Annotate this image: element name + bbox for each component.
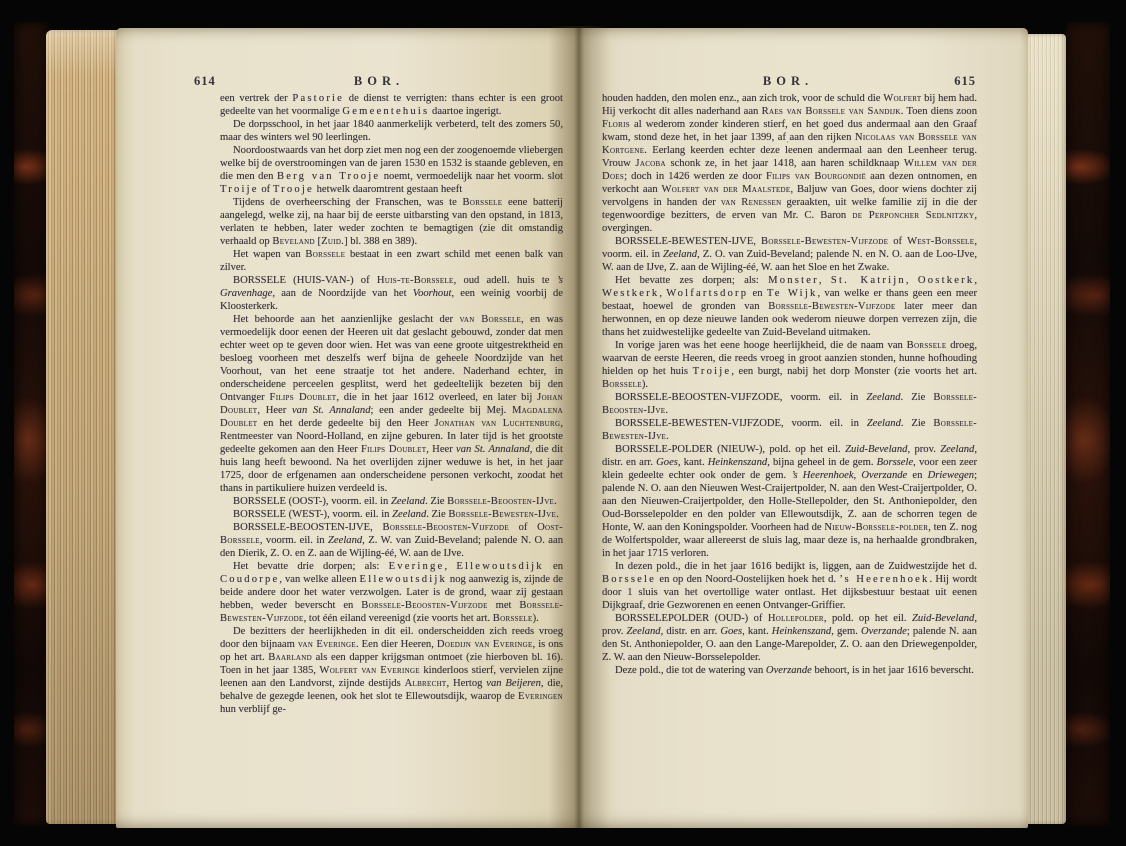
text-segment: en op den Noord-Oostelijken hoek het d. [656,574,839,585]
text-segment-it: Voorhout [413,288,452,299]
text-segment-sc: Baarland [268,652,312,663]
text-segment: , pold. op het eil. [824,613,912,624]
text-segment: schonk ze, in het jaar 1418, aan haren s… [666,158,904,169]
text-segment-sc: Borssele [602,379,642,390]
text-segment-sc: Zuid. [321,236,344,247]
text-segment-sp: Troije [693,366,732,377]
text-segment-sc: van Renessen [721,197,782,208]
text-segment: . [554,496,557,507]
text-segment: . Zie [425,496,447,507]
text-segment: . Zie [901,418,933,429]
page-number: 615 [954,74,976,89]
text-segment-sc: Floris [602,119,630,130]
text-segment-sp: Pastorie [292,93,344,104]
text-segment: . [665,405,668,416]
paragraph: BORSSELE-BEWESTEN-VIJFZODE, voorm. eil. … [602,417,977,443]
text-segment-sc: van Everinge [298,639,356,650]
book-page-left: 614 BOR. een vertrek der Pastorie de die… [116,28,578,828]
text-segment: , en was vermoedelijk door eenen der Hee… [220,314,563,403]
text-segment-sp: Oostkerk [918,275,974,286]
paragraph: BORSSELE-BEOOSTEN-VIJFZODE, voorm. eil. … [602,391,977,417]
text-segment-sc: Filips van Bourgondië [766,171,866,182]
text-column-right: houden hadden, den molen enz., aan zich … [602,92,977,677]
text-segment-sp: Wolfartsdorp [666,288,748,299]
text-segment: , [819,275,831,286]
text-segment: , prov. [907,444,940,455]
text-segment-it: van St. Annaland [292,405,371,416]
page-stack-fore-edge-right [1028,34,1066,824]
text-segment-it: Zeeland [328,535,362,546]
text-segment-it: van St. Annaland [456,444,530,455]
text-segment: ; doch in 1426 werden ze door [624,171,766,182]
paragraph: Het bevatte zes dorpen; als: Monster, St… [602,274,977,339]
text-segment: BORSSELEPOLDER (OUD-) of [615,613,768,624]
paragraph: Tijdens de overheersching der Franschen,… [220,196,563,248]
text-segment: , [444,561,456,572]
text-segment-sc: Borssele-Beoosten-Vijfzode [382,522,508,533]
text-segment: , [906,275,918,286]
paragraph: BORSSELE (OOST-), voorm. eil. in Zeeland… [220,495,563,508]
text-segment-it: van Beijeren [486,678,541,689]
text-segment-sc: Jonathan van Luchtenburg [435,418,561,429]
text-segment-sp: Westkerk [602,288,659,299]
text-segment: , bijna geheel in de gem. [767,457,876,468]
text-segment: BORSSELE (WEST-), voorm. eil. in [233,509,392,520]
text-segment-it: Zuid-Beveland [845,444,907,455]
page-header-right: BOR. 615 · [600,74,976,90]
text-segment: noemt, vermoedelijk naar het voorm. slot [380,171,563,182]
text-segment-sc: Hollepolder [768,613,824,624]
text-segment-sc: de Perponcher Sedlnitzky [852,210,974,221]
photo-background: 614 BOR. een vertrek der Pastorie de die… [0,0,1126,846]
text-segment-sc: Albrecht [405,678,447,689]
text-segment: hun verblijf ge- [220,704,286,715]
text-segment-it: Goes [656,457,678,468]
text-segment: BORSSELE-BEOOSTEN-VIJFZODE, voorm. eil. … [615,392,866,403]
paragraph: De dorpsschool, in het jaar 1840 aanmerk… [220,118,563,144]
text-segment-sc: West-Borssele [907,236,974,247]
paragraph: In vorige jaren was het eene hooge heerl… [602,339,977,391]
text-segment-sp: ’s Heerenhoek [839,574,929,585]
text-segment-sc: Borssele [305,249,345,260]
text-segment-it: Goes [720,626,742,637]
paragraph: BORSSELE (WEST-), voorm. eil. in Zeeland… [220,508,563,521]
text-segment-sc: Wolfert van der Maalstede [662,184,791,195]
text-segment: , die in het jaar 1612 overleed, en late… [336,392,537,403]
text-segment: , voorm. eil. in [260,535,328,546]
text-segment: en het derde gedeelte bij den Heer [257,418,434,429]
text-segment-sp: St. Katrijn [831,275,906,286]
text-segment-sc: Borssele-Bewesten-Vijfzode [768,301,895,312]
paragraph: BORSSELE (HUIS-VAN-) of Huis-te-Borssele… [220,274,563,313]
text-segment-it: Overzande [766,665,812,676]
text-segment-it: Zuid-Beveland [912,613,974,624]
text-segment-sp: Coudorpe [220,574,279,585]
text-segment: , van welke alleen [279,574,359,585]
text-segment-sp: Borssele [602,574,656,585]
text-segment: een vertrek der [220,93,292,104]
text-segment: , Hertog [447,678,487,689]
text-segment-it: Driewegen [928,470,974,481]
paragraph: BORSSELE-BEOOSTEN-IJVE, Borssele-Beooste… [220,521,563,560]
text-segment: . Een dier Heeren, [356,639,437,650]
text-segment: ). [642,379,648,390]
text-segment: met [488,600,520,611]
text-segment: ] bl. 388 en 389). [344,236,417,247]
text-segment: BORSSELE (HUIS-VAN-) of [233,275,377,286]
text-segment: Het bevatte zes dorpen; als: [615,275,768,286]
book-cover-left-marbled [14,22,48,826]
text-segment: BORSSELE-BEWESTEN-IJVE, [615,236,761,247]
text-segment: , aan de Noordzijde van het [272,288,412,299]
text-segment-it: Heinkenszand [708,457,767,468]
text-segment: daartoe ingerigt. [429,106,501,117]
page-header-left: 614 BOR. [194,74,564,90]
text-segment-it: Zeeland [392,509,426,520]
text-segment: . [556,509,559,520]
text-segment: , gem. [831,626,861,637]
paragraph: Het bevatte drie dorpen; als: Everinge, … [220,560,563,625]
text-segment-sp: Trooje [273,184,314,195]
book-cover-right-marbled [1066,22,1110,826]
text-segment: , kant. [678,457,708,468]
text-segment-sc: Everingen [518,691,563,702]
text-segment-it: Zeeland [391,496,425,507]
paragraph: BORSSELE-BEWESTEN-IJVE, Borssele-Beweste… [602,235,977,274]
text-segment-sc: Borssele-Bewesten-IJve [448,509,556,520]
text-segment: In vorige jaren was het eene hooge heerl… [615,340,907,351]
text-segment-sc: Borssele [462,197,502,208]
text-segment: , distr. en arr. [661,626,721,637]
paragraph: De bezitters der heerlijkheden in dit ei… [220,625,563,716]
text-segment-sc: Filips Doublet [361,444,426,455]
text-segment: , kant. [742,626,772,637]
paragraph: Het wapen van Borssele bestaat in een zw… [220,248,563,274]
paragraph: Het behoorde aan het aanzienlijke geslac… [220,313,563,495]
text-segment: houden hadden, den molen enz., aan zich … [602,93,883,104]
text-segment-it: Borssele [877,457,913,468]
text-segment-sc: Jacoba [635,158,665,169]
text-segment: , Heer [426,444,456,455]
text-segment: behoort, is in het jaar 1616 beverscht. [812,665,974,676]
text-segment: of [509,522,537,533]
text-segment-it: Zeeland [663,249,697,260]
text-segment: en [907,470,927,481]
text-segment: en [544,561,563,572]
text-segment-sc: van Borssele [459,314,521,325]
text-segment-it: Zeeland [626,626,660,637]
paragraph: BORSSELE-POLDER (NIEUW-), pold. op het e… [602,443,977,560]
text-segment-sc: Wolfert van Everinge [319,665,419,676]
text-segment-it: Zeeland [866,392,900,403]
text-segment: , oud adell. huis te [454,275,557,286]
text-segment: Het wapen van [233,249,305,260]
text-segment: of [259,184,273,195]
text-segment-sc: Beveland [272,236,315,247]
text-segment-sc: Filips Doublet [270,392,337,403]
paragraph: Deze pold., die tot de watering van Over… [602,664,977,677]
text-segment-sc: Borssele [907,340,947,351]
text-segment-sp: Gemeentehuis [342,106,429,117]
paragraph: een vertrek der Pastorie de dienst te ve… [220,92,563,118]
text-segment-it: Overzande [861,470,907,481]
text-column-left: een vertrek der Pastorie de dienst te ve… [220,92,563,716]
text-segment: hetwelk daaromtrent gestaan heeft [314,184,462,195]
running-head: BOR. [600,74,976,89]
paragraph: Noordoostwaards van het dorp ziet men no… [220,144,563,196]
text-segment-sp: Everinge [389,561,445,572]
text-segment-sc: Borssele-Beoosten-Vijfzode [361,600,487,611]
paragraph: In dezen pold., die in het jaar 1616 bed… [602,560,977,612]
page-stack-fore-edge-left [46,30,120,824]
running-head: BOR. [194,74,564,89]
text-segment-sp: Te Wijk [767,288,818,299]
text-segment-sc: Doedijn van Everinge [437,639,533,650]
text-segment: , Heer [257,405,292,416]
paragraph: houden hadden, den molen enz., aan zich … [602,92,977,235]
text-segment-sc: Borssele-Beoosten-IJve [447,496,554,507]
text-segment-sp: Ellewoutsdijk [360,574,447,585]
text-segment: BORSSELE-BEWESTEN-VIJFZODE, voorm. eil. … [615,418,867,429]
text-segment-it: Zeeland [940,444,974,455]
text-segment: , tot één eiland vereenigd (zie voorts h… [304,613,493,624]
text-segment: . [666,431,669,442]
text-segment: Tijdens de overheersching der Franschen,… [233,197,462,208]
text-segment-sc: Borssele [493,613,533,624]
text-segment-sc: Raes van Borssele van Sandijk [762,106,901,117]
text-segment-sc: Wolfert [883,93,921,104]
text-segment: BORSSELE-BEOOSTEN-IJVE, [233,522,382,533]
text-segment: en [748,288,767,299]
text-segment: . Zie [901,392,934,403]
text-segment: BORSSELE-POLDER (NIEUW-), pold. op het e… [615,444,845,455]
text-segment-sc: Huis-te-Borssele [377,275,454,286]
text-segment: BORSSELE (OOST-), voorm. eil. in [233,496,391,507]
text-segment-sp: Berg van Trooje [277,171,380,182]
text-segment: Het bevatte drie dorpen; als: [233,561,389,572]
text-segment: Deze pold., die tot de watering van [615,665,766,676]
paragraph: BORSSELEPOLDER (OUD-) of Hollepolder, po… [602,612,977,664]
text-segment: In dezen pold., die in het jaar 1616 bed… [615,561,977,572]
text-segment-it: Heinkenszand [772,626,831,637]
text-segment: De dorpsschool, in het jaar 1840 aanmerk… [220,119,563,143]
text-segment: , een burgt, nabij het dorp Monster (zie… [731,366,977,377]
text-segment-sc: Nieuw-Borssele-polder [824,522,928,533]
text-segment: , [974,275,977,286]
text-segment: . Toen diens zoon [901,106,977,117]
text-segment: . Zie [426,509,448,520]
text-segment: of [888,236,907,247]
book-page-right: BOR. 615 · houden hadden, den molen enz.… [578,28,1028,828]
text-segment-it: Zeeland [867,418,901,429]
text-segment: Het behoorde aan het aanzienlijke geslac… [233,314,459,325]
text-segment: ). [533,613,539,624]
text-segment-sp: Ellewoutsdijk [456,561,543,572]
text-segment-it: ’s Heerenhoek [791,470,853,481]
text-segment-sc: Borssele-Bewesten-Vijfzode [761,236,888,247]
text-segment-sp: Monster [768,275,819,286]
text-segment-sp: Troije [220,184,259,195]
text-segment: ; een ander gedeelte bij Mej. [371,405,512,416]
text-segment-it: Overzande [861,626,907,637]
